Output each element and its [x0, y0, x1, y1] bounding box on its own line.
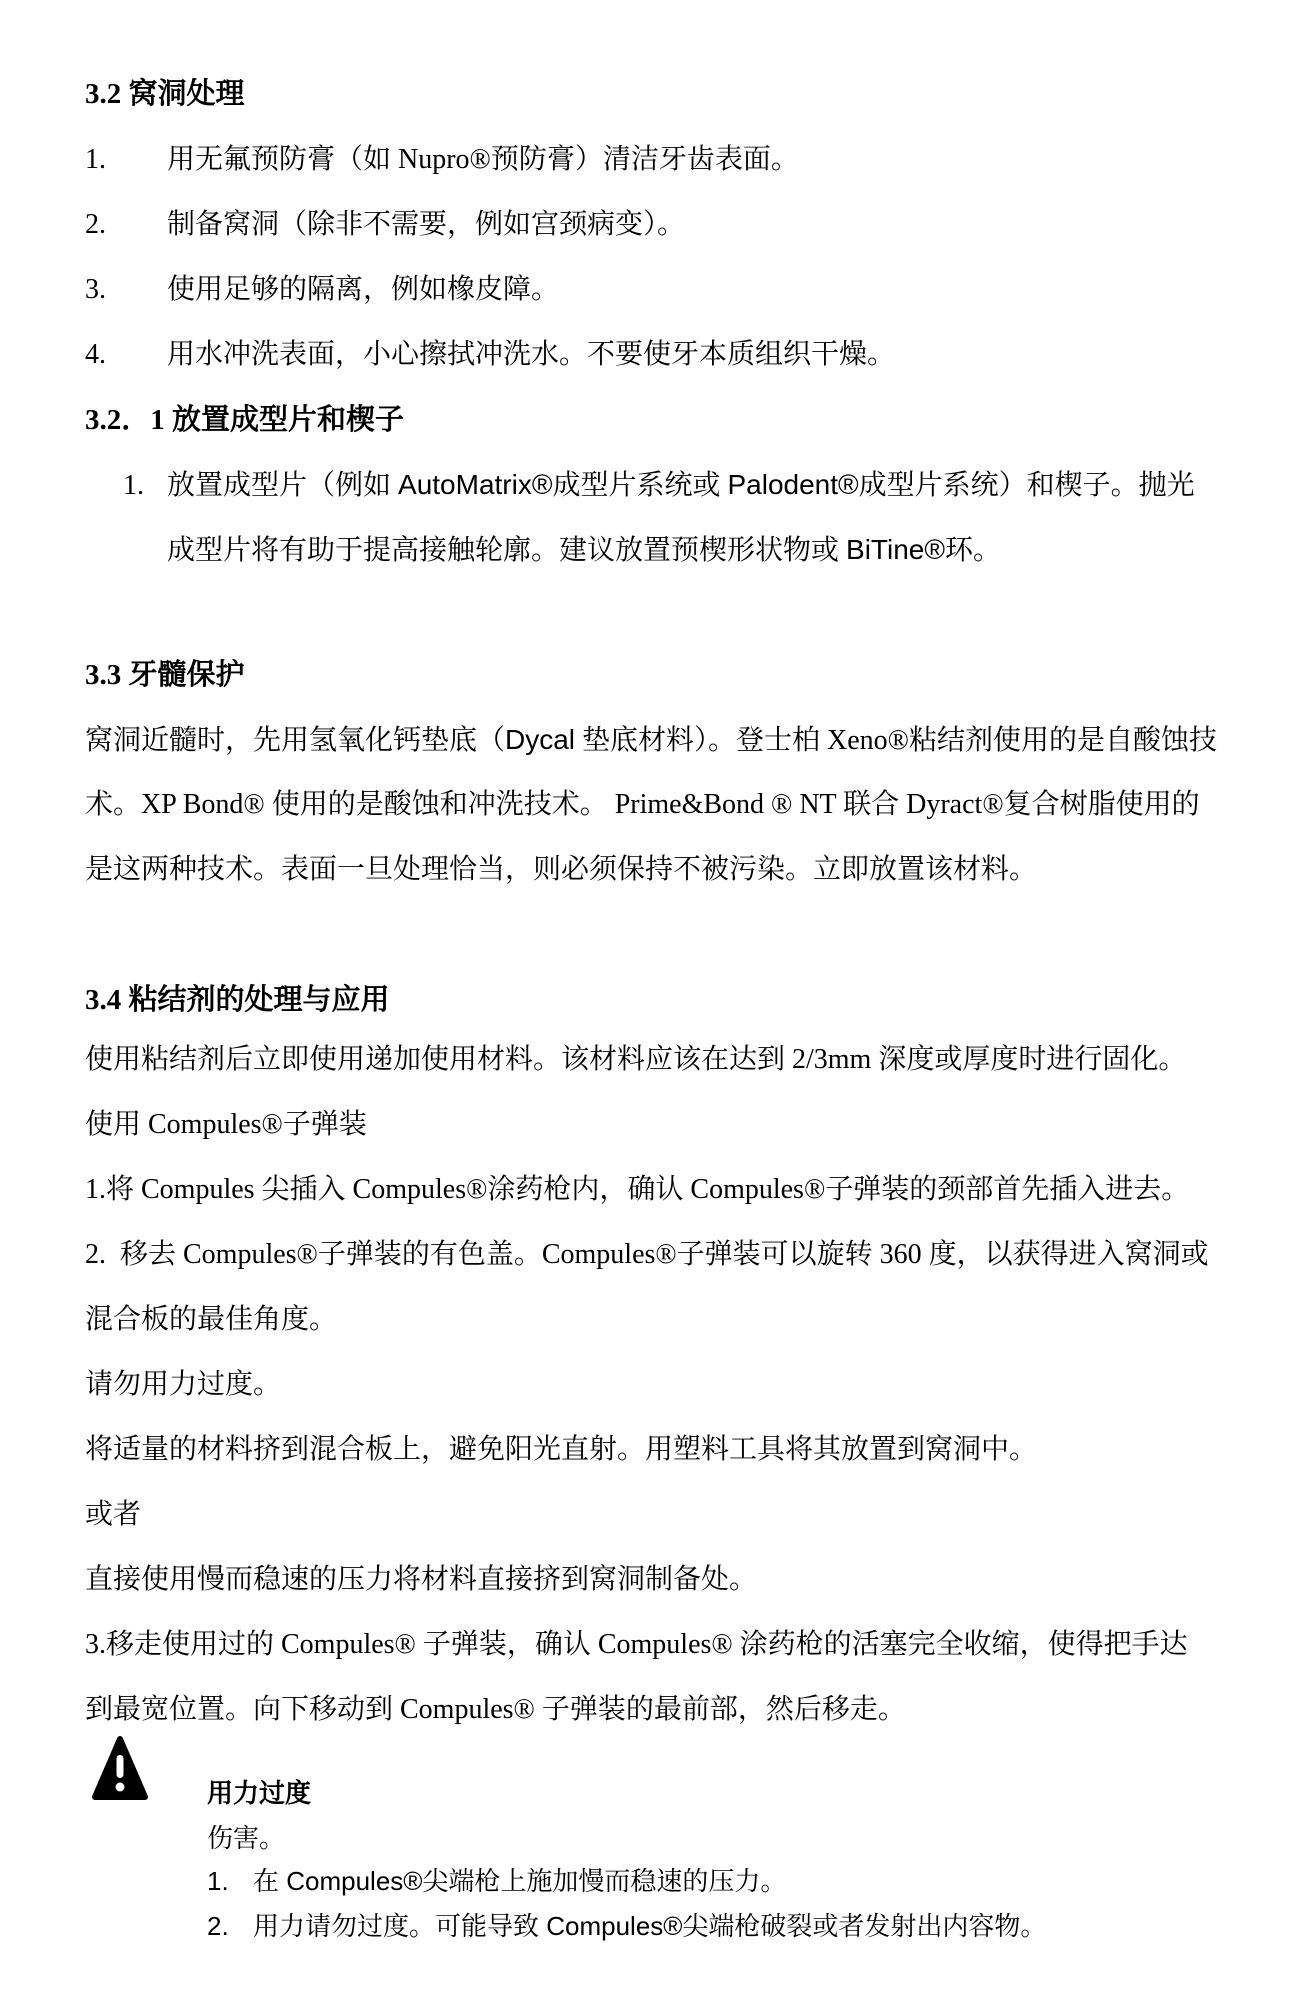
text-run: 窝洞近髓时，先用氢氧化钙垫底（ — [85, 725, 505, 756]
list-item: 4.用水冲洗表面，小心擦拭冲洗水。不要使牙本质组织干燥。 — [85, 339, 895, 371]
list-item-number: 4. — [85, 339, 167, 371]
paragraph-line: 使用粘结剂后立即使用递加使用材料。该材料应该在达到 2/3mm 深度或厚度时进行… — [85, 1044, 1186, 1076]
document-page: 3.2 窝洞处理 1.用无氟预防膏（如 Nupro®预防膏）清洁牙齿表面。 2.… — [0, 0, 1293, 2015]
warning-list-item: 2.用力请勿过度。可能导致 Compules®尖端枪破裂或者发射出内容物。 — [207, 1912, 1046, 1942]
warning-list-item: 1.在 Compules®尖端枪上施加慢而稳速的压力。 — [207, 1867, 786, 1897]
heading-3-2-1: 3.2．1 放置成型片和楔子 — [85, 404, 404, 437]
list-item-number: 2. — [207, 1912, 253, 1942]
paragraph-line: 混合板的最佳角度。 — [85, 1304, 337, 1336]
paragraph-line: 2. 移去 Compules®子弹装的有色盖。Compules®子弹装可以旋转 … — [85, 1239, 1209, 1271]
paragraph-line: 到最宽位置。向下移动到 Compules® 子弹装的最前部，然后移走。 — [85, 1694, 906, 1726]
text-run: 成型片将有助于提高接触轮廓。建议放置预楔形状物或 — [167, 535, 846, 566]
warning-subtitle: 伤害。 — [207, 1824, 285, 1854]
list-item-number: 2. — [85, 209, 167, 241]
text-run: 成型片系统或 — [552, 470, 727, 501]
paragraph-line: 是这两种技术。表面一旦处理恰当，则必须保持不被污染。立即放置该材料。 — [85, 854, 1037, 886]
list-item-text: 制备窝洞（除非不需要，例如宫颈病变）。 — [167, 209, 685, 240]
paragraph-line: 直接使用慢而稳速的压力将材料直接挤到窝洞制备处。 — [85, 1564, 757, 1596]
list-item-text: 使用足够的隔离，例如橡皮障。 — [167, 274, 559, 305]
list-item-number: 1. — [123, 470, 167, 502]
paragraph-line: 术。XP Bond® 使用的是酸蚀和冲洗技术。 Prime&Bond ® NT … — [85, 789, 1200, 821]
heading-3-3: 3.3 牙髓保护 — [85, 659, 245, 692]
paragraph-line: 3.移走使用过的 Compules® 子弹装，确认 Compules® 涂药枪的… — [85, 1629, 1188, 1661]
paragraph-line: 将适量的材料挤到混合板上，避免阳光直射。用塑料工具将其放置到窝洞中。 — [85, 1434, 1037, 1466]
list-item: 3.使用足够的隔离，例如橡皮障。 — [85, 274, 559, 306]
warning-triangle-icon — [92, 1735, 148, 1803]
list-item-text: 用无氟预防膏（如 Nupro®预防膏）清洁牙齿表面。 — [167, 144, 799, 175]
list-item-number: 3. — [85, 274, 167, 306]
list-item-number: 1. — [85, 144, 167, 176]
list-item-text: 放置成型片（例如 AutoMatrix®成型片系统或 Palodent®成型片系… — [167, 470, 1195, 501]
text-run: 成型片系统）和楔子。抛光 — [859, 470, 1195, 501]
heading-3-2: 3.2 窝洞处理 — [85, 78, 245, 111]
list-item-text: 用力请勿过度。可能导致 Compules®尖端枪破裂或者发射出内容物。 — [253, 1911, 1046, 1941]
list-item-text: 在 Compules®尖端枪上施加慢而稳速的压力。 — [253, 1866, 786, 1896]
text-run: 放置成型片（例如 — [167, 470, 398, 501]
paragraph-line: 1.将 Compules 尖插入 Compules®涂药枪内，确认 Compul… — [85, 1174, 1189, 1206]
paragraph-line: 成型片将有助于提高接触轮廓。建议放置预楔形状物或 BiTine®环。 — [167, 534, 1001, 567]
list-item-number: 1. — [207, 1867, 253, 1897]
list-item: 1.放置成型片（例如 AutoMatrix®成型片系统或 Palodent®成型… — [123, 469, 1195, 502]
text-run: AutoMatrix® — [398, 469, 552, 500]
paragraph-line: 请勿用力过度。 — [85, 1369, 281, 1401]
list-item-text: 用水冲洗表面，小心擦拭冲洗水。不要使牙本质组织干燥。 — [167, 339, 895, 370]
text-run: 环。 — [945, 535, 1001, 566]
heading-3-4: 3.4 粘结剂的处理与应用 — [85, 984, 390, 1017]
text-run: Palodent® — [727, 469, 858, 500]
paragraph-line: 或者 — [85, 1499, 141, 1531]
text-run: Dycal — [505, 724, 575, 755]
paragraph-line: 使用 Compules®子弹装 — [85, 1109, 367, 1141]
paragraph-line: 窝洞近髓时，先用氢氧化钙垫底（Dycal 垫底材料）。登士柏 Xeno®粘结剂使… — [85, 724, 1217, 757]
warning-title: 用力过度 — [207, 1779, 311, 1809]
text-run: 垫底材料）。登士柏 Xeno®粘结剂使用的是自酸蚀技 — [575, 725, 1217, 756]
list-item: 1.用无氟预防膏（如 Nupro®预防膏）清洁牙齿表面。 — [85, 144, 799, 176]
text-run: BiTine® — [846, 534, 945, 565]
list-item: 2.制备窝洞（除非不需要，例如宫颈病变）。 — [85, 209, 685, 241]
